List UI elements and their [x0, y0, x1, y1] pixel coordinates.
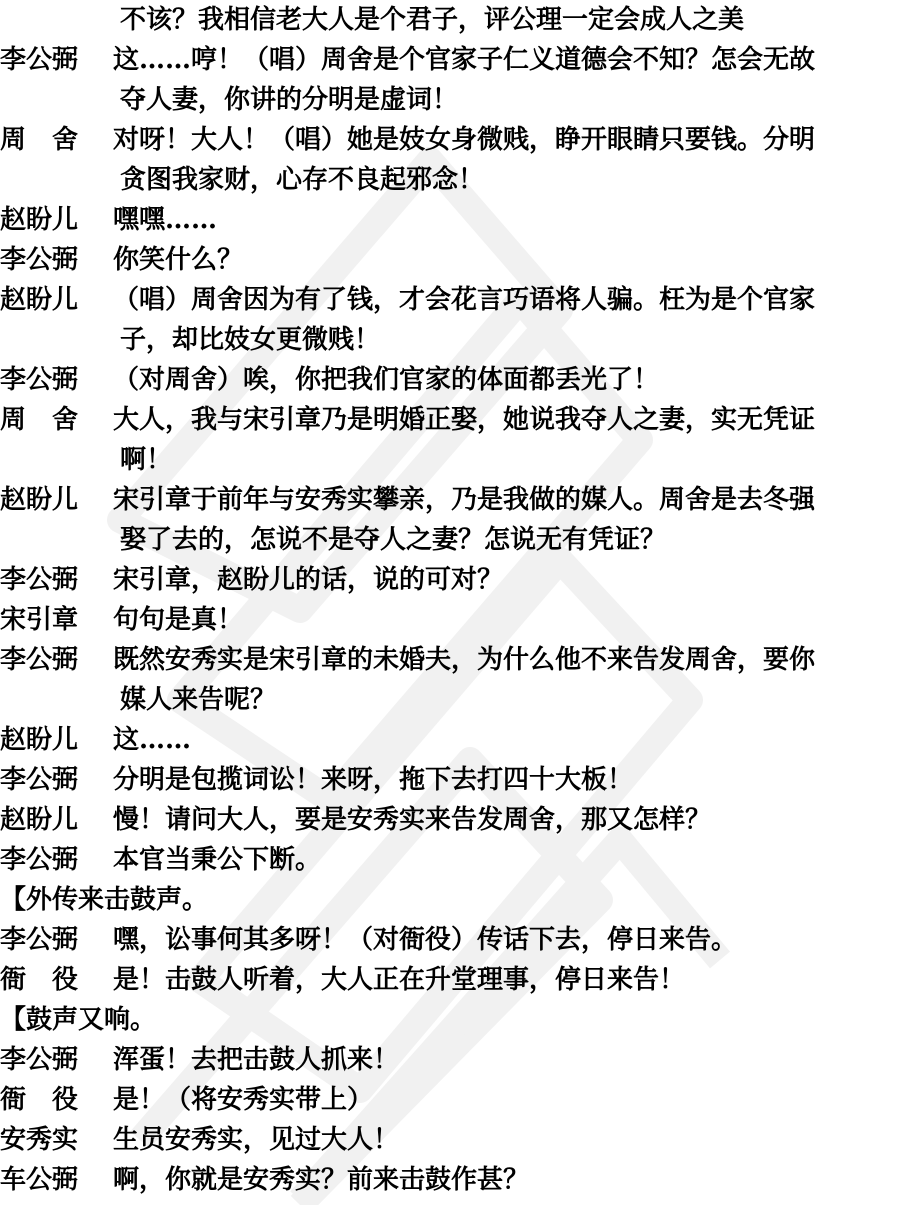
dialogue-text: 不该？我相信老大人是个君子，评公理一定会成人之美	[120, 0, 744, 40]
speaker-name: 李公弼	[0, 1040, 110, 1080]
speaker-name: 宋引章	[0, 600, 110, 640]
speaker-name: 李公弼	[0, 360, 110, 400]
speaker-name: 李公弼	[0, 920, 110, 960]
dialogue-text: 嘿嘿……	[113, 200, 217, 240]
speaker-name: 衙 役	[0, 1080, 110, 1120]
dialogue-text: 分明是包揽词讼！来呀，拖下去打四十大板！	[113, 760, 633, 800]
dialogue-text: 子，却比妓女更微贱！	[120, 320, 380, 360]
dialogue-text: 啊！	[120, 440, 172, 480]
speaker-name: 周 舍	[0, 400, 110, 440]
dialogue-text: 宋引章于前年与安秀实攀亲，乃是我做的媒人。周舍是去冬强	[113, 480, 815, 520]
dialogue-text: 本官当秉公下断。	[113, 840, 321, 880]
dialogue-text: 是！击鼓人听着，大人正在升堂理事，停日来告！	[113, 960, 685, 1000]
dialogue-text: 对呀！大人！（唱）她是妓女身微贱，睁开眼睛只要钱。分明	[113, 120, 815, 160]
speaker-name: 李公弼	[0, 760, 110, 800]
dialogue-text: 贪图我家财，心存不良起邪念！	[120, 160, 484, 200]
stage-direction-text: 【外传来击鼓声。	[0, 880, 208, 920]
dialogue-text: 娶了去的，怎说不是夺人之妻？怎说无有凭证？	[120, 520, 666, 560]
dialogue-text: 句句是真！	[113, 600, 243, 640]
speaker-name: 赵盼儿	[0, 480, 110, 520]
speaker-name: 安秀实	[0, 1120, 110, 1160]
speaker-name: 李公弼	[0, 640, 110, 680]
dialogue-text: 慢！请问大人，要是安秀实来告发周舍，那又怎样？	[113, 800, 711, 840]
dialogue-text: 宋引章，赵盼儿的话，说的可对？	[113, 560, 503, 600]
dialogue-text: 是！（将安秀实带上）	[113, 1080, 373, 1120]
speaker-name: 周 舍	[0, 120, 110, 160]
dialogue-text: 生员安秀实，见过大人！	[113, 1120, 399, 1160]
speaker-name: 衙 役	[0, 960, 110, 1000]
speaker-name: 赵盼儿	[0, 720, 110, 760]
dialogue-text: 啊，你就是安秀实？前来击鼓作甚？	[113, 1160, 529, 1200]
speaker-name: 李公弼	[0, 40, 110, 80]
speaker-name: 李公弼	[0, 840, 110, 880]
speaker-name: 赵盼儿	[0, 280, 110, 320]
dialogue-text: 大人，我与宋引章乃是明婚正娶，她说我夺人之妻，实无凭证	[113, 400, 815, 440]
stage-direction-text: 【鼓声又响。	[0, 1000, 156, 1040]
speaker-name: 赵盼儿	[0, 200, 110, 240]
speaker-name: 车公弼	[0, 1160, 110, 1200]
dialogue-text: 这……	[113, 720, 191, 760]
dialogue-text: 你笑什么？	[113, 240, 243, 280]
dialogue-text: （唱）周舍因为有了钱，才会花言巧语将人骗。枉为是个官家	[113, 280, 815, 320]
speaker-name: 赵盼儿	[0, 800, 110, 840]
dialogue-text: 既然安秀实是宋引章的未婚夫，为什么他不来告发周舍，要你	[113, 640, 815, 680]
dialogue-text: 这……哼！（唱）周舍是个官家子仁义道德会不知？怎会无故	[113, 40, 815, 80]
speaker-name: 李公弼	[0, 240, 110, 280]
dialogue-text: 浑蛋！去把击鼓人抓来！	[113, 1040, 399, 1080]
dialogue-text: 媒人来告呢？	[120, 680, 276, 720]
dialogue-text: 嘿，讼事何其多呀！（对衙役）传话下去，停日来告。	[113, 920, 737, 960]
dialogue-text: （对周舍）唉，你把我们官家的体面都丢光了！	[113, 360, 659, 400]
speaker-name: 李公弼	[0, 560, 110, 600]
dialogue-text: 夺人妻，你讲的分明是虚词！	[120, 80, 458, 120]
